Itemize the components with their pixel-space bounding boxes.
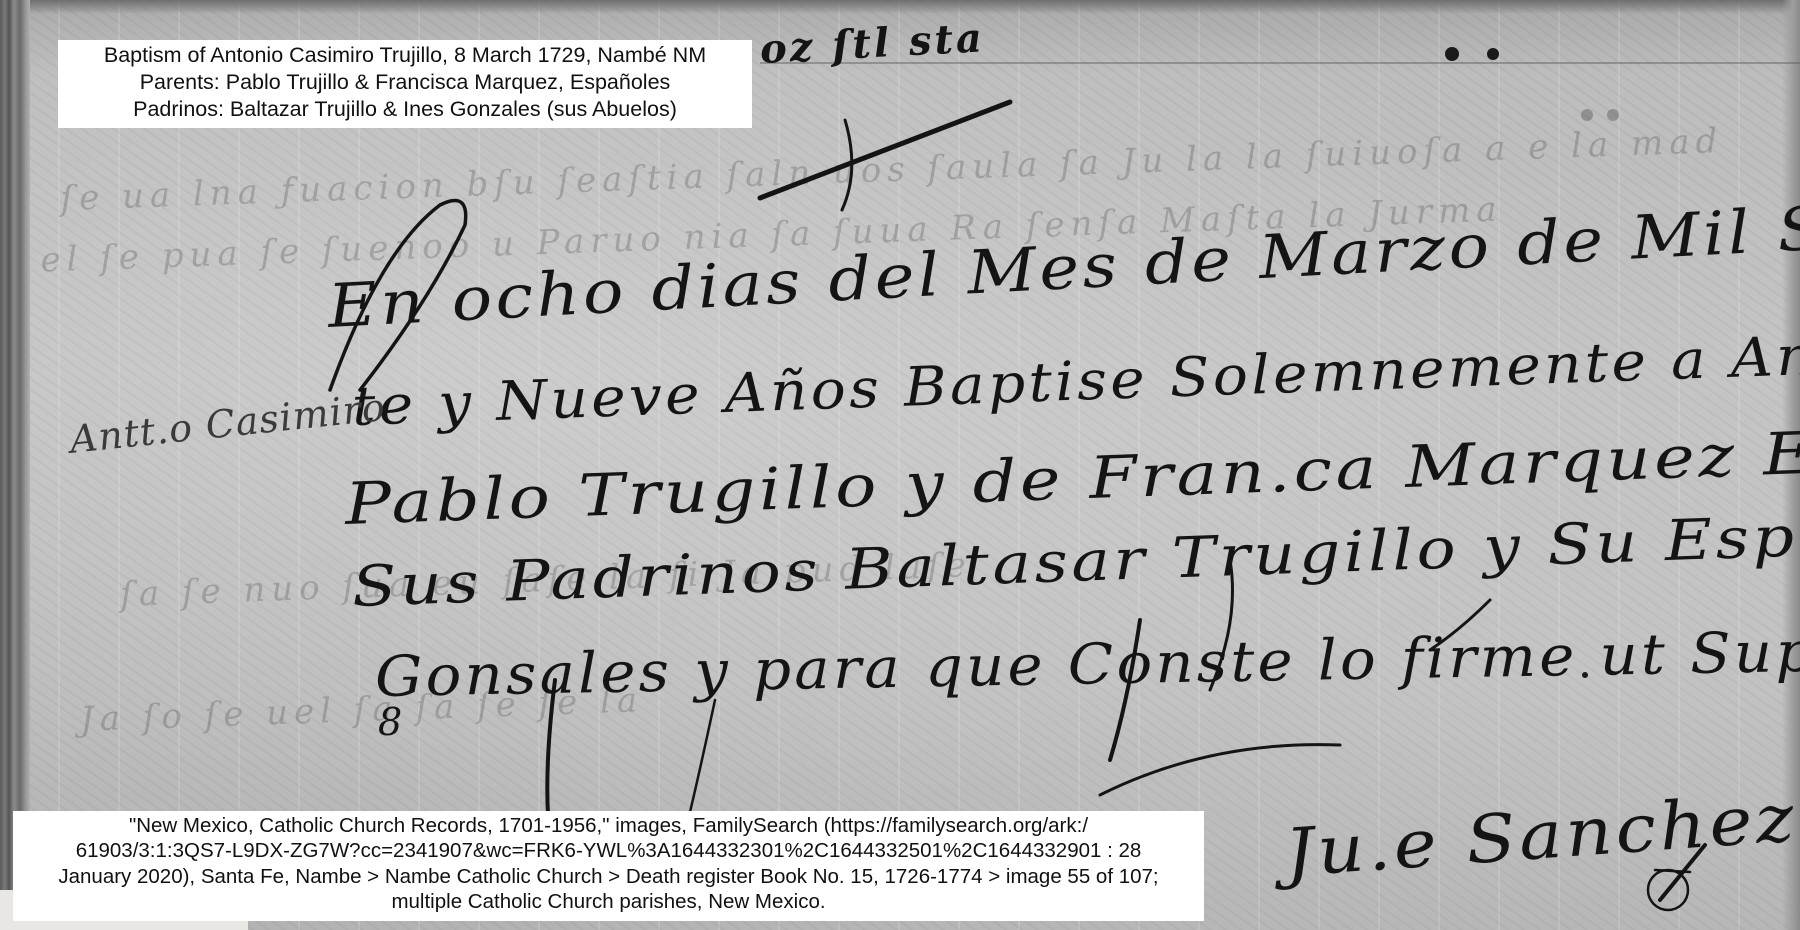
citation-line-4: multiple Catholic Church parishes, New M… <box>13 889 1204 914</box>
page-bottom-margin <box>0 920 248 930</box>
page-binding-edge <box>0 0 30 930</box>
citation-line-1: "New Mexico, Catholic Church Records, 17… <box>13 813 1204 838</box>
caption-title-line: Baptism of Antonio Casimiro Trujillo, 8 … <box>58 42 752 69</box>
caption-padrinos-line: Padrinos: Baltazar Trujillo & Ines Gonza… <box>58 96 752 123</box>
caption-box-record-summary: Baptism of Antonio Casimiro Trujillo, 8 … <box>58 40 752 128</box>
caption-box-source-citation: "New Mexico, Catholic Church Records, 17… <box>13 811 1204 921</box>
citation-line-2: 61903/3:1:3QS7-L9DX-ZG7W?cc=2341907&wc=F… <box>13 838 1204 863</box>
page-top-shadow <box>0 0 1800 14</box>
handwritten-line-number-mark: 8 <box>378 700 405 744</box>
caption-parents-line: Parents: Pablo Trujillo & Francisca Marq… <box>58 69 752 96</box>
citation-line-3: January 2020), Santa Fe, Nambe > Nambe C… <box>13 864 1204 889</box>
